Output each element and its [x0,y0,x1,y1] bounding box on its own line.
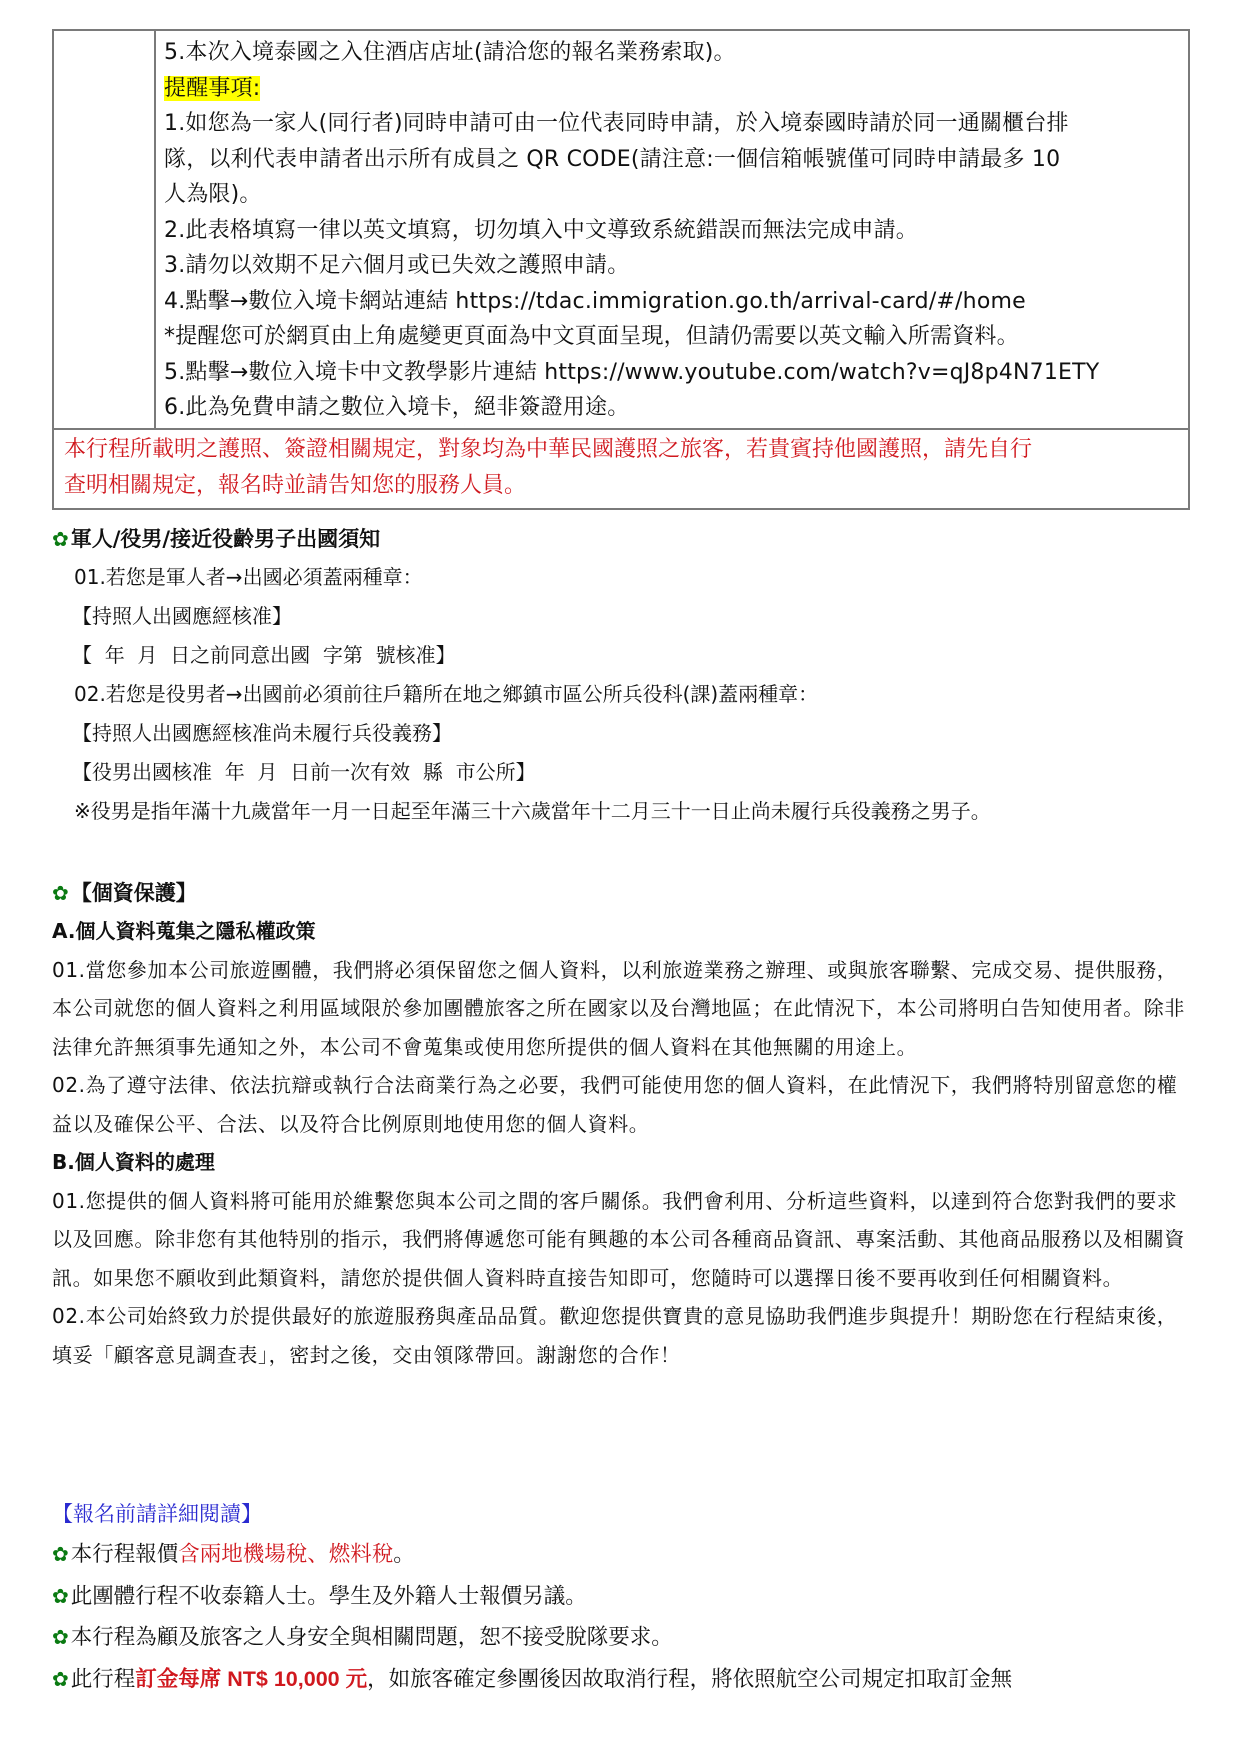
reminder-line-1a: 1.如您為一家人(同行者)同時申請可由一位代表同時申請，於入境泰國時請於同一通關… [164,106,1180,142]
read-before-title: 【報名前請詳細閱讀】 [52,1494,1192,1534]
military-line: 【 年 月 日之前同意出國 字第 號核准】 [52,636,1192,675]
privacy-section: ✿【個資保護】 A.個人資料蒐集之隱私權政策 01.當您參加本公司旅遊團體，我們… [52,874,1192,1374]
section-heading: ✿【個資保護】 [52,874,1192,912]
reminder-line-1b: 隊，以利代表申請者出示所有成員之 QR CODE(請注意:一個信箱帳號僅可同時申… [164,142,1180,178]
table-label-cell [54,31,156,428]
reminder-line-3: 3.請勿以效期不足六個月或已失效之護照申請。 [164,248,1180,284]
military-line: 01.若您是軍人者→出國必須蓋兩種章： [52,558,1192,597]
flower-icon: ✿ [52,1584,69,1608]
flower-icon: ✿ [52,1625,69,1649]
reminder-line-4-note: *提醒您可於網頁由上角處變更頁面為中文頁面呈現，但請仍需要以英文輸入所需資料。 [164,319,1180,355]
notice-bullet: ✿本行程報價含兩地機場稅、燃料稅。 [52,1534,1192,1576]
table-row: 5.本次入境泰國之入住酒店店址(請洽您的報名業務索取)。 提醒事項: 1.如您為… [54,31,1188,428]
notice-bullet: ✿本行程為顧及旅客之人身安全與相關問題，恕不接受脫隊要求。 [52,1617,1192,1659]
warning-line: 查明相關規定，報名時並請告知您的服務人員。 [64,468,1178,504]
reminder-line-1c: 人為限)。 [164,177,1180,213]
reminder-line-4: 4.點擊→數位入境卡網站連結 https://tdac.immigration.… [164,284,1180,320]
privacy-paragraph: 02.本公司始終致力於提供最好的旅遊服務與產品品質。歡迎您提供寶貴的意見協助我們… [52,1297,1192,1374]
military-line: 【持照人出國應經核准】 [52,597,1192,636]
military-line: ※役男是指年滿十九歲當年一月一日起至年滿三十六歲當年十二月三十一日止尚未履行兵役… [52,792,1192,831]
notice-bullet: ✿此團體行程不收泰籍人士。學生及外籍人士報價另議。 [52,1576,1192,1618]
reminder-heading: 提醒事項: [164,76,260,101]
reminder-line-6: 6.此為免費申請之數位入境卡，絕非簽證用途。 [164,390,1180,426]
flower-icon: ✿ [52,881,69,905]
reminder-line-5: 5.點擊→數位入境卡中文教學影片連結 https://www.youtube.c… [164,355,1180,391]
privacy-paragraph: 01.您提供的個人資料將可能用於維繫您與本公司之間的客戶關係。我們會利用、分析這… [52,1182,1192,1298]
reminder-line-2: 2.此表格填寫一律以英文填寫，切勿填入中文導致系統錯誤而無法完成申請。 [164,213,1180,249]
privacy-paragraph: 02.為了遵守法律、依法抗辯或執行合法商業行為之必要，我們可能使用您的個人資料，… [52,1066,1192,1143]
flower-icon: ✿ [52,1542,69,1566]
military-line: 【役男出國核准 年 月 日前一次有效 縣 市公所】 [52,753,1192,792]
video-tutorial-link[interactable]: https://www.youtube.com/watch?v=qJ8p4N71… [544,360,1099,385]
section-a-title: A.個人資料蒐集之隱私權政策 [52,912,1192,951]
flower-icon: ✿ [52,527,69,551]
deposit-amount: 訂金每席 NT$ 10,000 元 [135,1667,367,1691]
notice-bullet: ✿此行程訂金每席 NT$ 10,000 元，如旅客確定參團後因故取消行程，將依照… [52,1659,1192,1701]
warning-line: 本行程所載明之護照、簽證相關規定，對象均為中華民國護照之旅客，若貴賓持他國護照，… [64,432,1178,468]
privacy-paragraph: 01.當您參加本公司旅遊團體，我們將必須保留您之個人資料，以利旅遊業務之辦理、或… [52,951,1192,1067]
table-content-cell: 5.本次入境泰國之入住酒店店址(請洽您的報名業務索取)。 提醒事項: 1.如您為… [156,31,1188,428]
read-before-signup-section: 【報名前請詳細閱讀】 ✿本行程報價含兩地機場稅、燃料稅。 ✿此團體行程不收泰籍人… [52,1494,1192,1700]
military-section: ✿軍人/役男/接近役齡男子出國須知 01.若您是軍人者→出國必須蓋兩種章： 【持… [52,520,1192,831]
passport-warning: 本行程所載明之護照、簽證相關規定，對象均為中華民國護照之旅客，若貴賓持他國護照，… [54,428,1188,508]
section-b-title: B.個人資料的處理 [52,1143,1192,1182]
tdac-link[interactable]: https://tdac.immigration.go.th/arrival-c… [455,289,1025,314]
hotel-address-note: 5.本次入境泰國之入住酒店店址(請洽您的報名業務索取)。 [164,35,1180,71]
military-line: 02.若您是役男者→出國前必須前往戶籍所在地之鄉鎮市區公所兵役科(課)蓋兩種章： [52,675,1192,714]
military-line: 【持照人出國應經核准尚未履行兵役義務】 [52,714,1192,753]
section-heading: ✿軍人/役男/接近役齡男子出國須知 [52,520,1192,558]
document-page: 5.本次入境泰國之入住酒店店址(請洽您的報名業務索取)。 提醒事項: 1.如您為… [0,0,1241,1755]
thailand-arrival-card-table: 5.本次入境泰國之入住酒店店址(請洽您的報名業務索取)。 提醒事項: 1.如您為… [52,29,1190,510]
flower-icon: ✿ [52,1667,69,1691]
